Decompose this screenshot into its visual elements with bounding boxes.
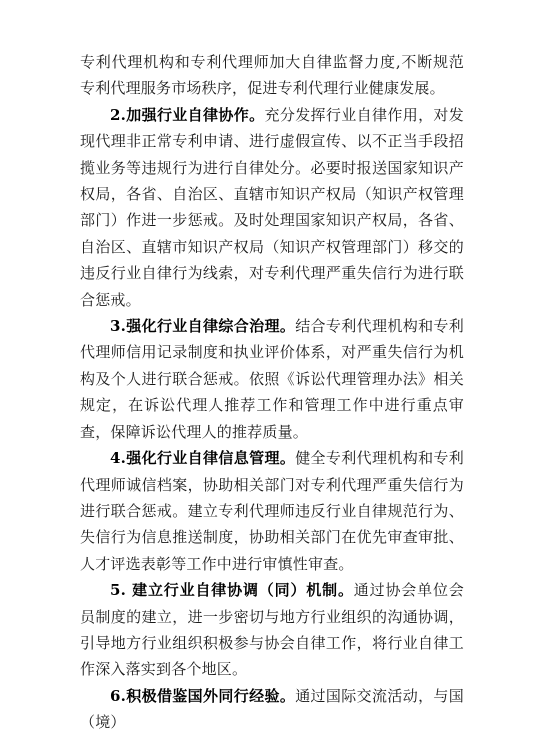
paragraph: 2.加强行业自律协作。充分发挥行业自律作用，对发现代理非正常专利申请、进行虚假宣… — [80, 102, 464, 313]
paragraph: 5. 建立行业自律协调（同）机制。通过协会单位会员制度的建立，进一步密切与地方行… — [80, 577, 464, 683]
paragraph-heading: 2.加强行业自律协作。 — [110, 106, 264, 124]
paragraph-body: 健全专利代理机构和专利代理师诚信档案，协助相关部门对专利代理严重失信行为进行联合… — [80, 449, 464, 573]
document-page: 专利代理机构和专利代理师加大自律监督力度,不断规范专利代理服务市场秩序，促进专利… — [0, 0, 544, 738]
document-body: 专利代理机构和专利代理师加大自律监督力度,不断规范专利代理服务市场秩序，促进专利… — [80, 49, 464, 736]
paragraph: 4.强化行业自律信息管理。健全专利代理机构和专利代理师诚信档案，协助相关部门对专… — [80, 445, 464, 577]
paragraph-body: 专利代理机构和专利代理师加大自律监督力度,不断规范专利代理服务市场秩序，促进专利… — [80, 53, 464, 97]
paragraph-heading: 3.强化行业自律综合治理。 — [110, 317, 295, 335]
paragraph-heading: 4.强化行业自律信息管理。 — [110, 449, 295, 467]
paragraph: 专利代理机构和专利代理师加大自律监督力度,不断规范专利代理服务市场秩序，促进专利… — [80, 49, 464, 102]
paragraph: 3.强化行业自律综合治理。结合专利代理机构和专利代理师信用记录制度和执业评价体系… — [80, 313, 464, 445]
paragraph-body: 充分发挥行业自律作用，对发现代理非正常专利申请、进行虚假宣传、以不正当手段招揽业… — [80, 106, 464, 309]
paragraph-body: 结合专利代理机构和专利代理师信用记录制度和执业评价体系，对严重失信行为机构及个人… — [80, 317, 464, 441]
paragraph-heading: 5. 建立行业自律协调（同）机制。 — [110, 581, 354, 599]
page-number: 5 — [0, 691, 544, 703]
